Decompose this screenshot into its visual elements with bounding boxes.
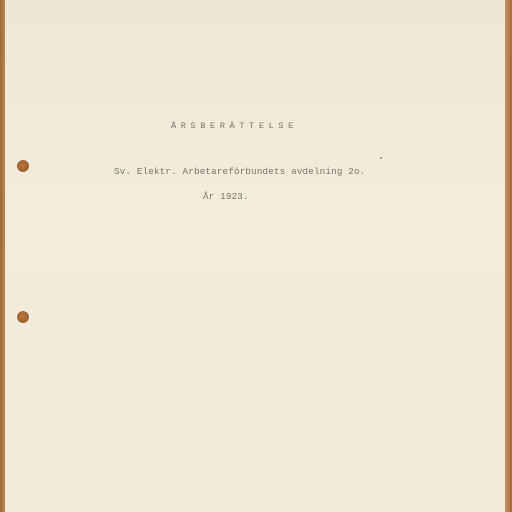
document-subtitle: Sv. Elektr. Arbetareförbundets avdelning…	[114, 166, 365, 177]
punch-hole-top	[17, 160, 29, 172]
punch-hole-bottom	[17, 311, 29, 323]
document-title: ÅRSBERÄTTELSE	[171, 121, 298, 131]
ink-speck	[380, 157, 382, 159]
document-year: År 1923.	[203, 191, 249, 202]
document-page	[5, 0, 505, 512]
background-edge-right	[505, 0, 512, 512]
